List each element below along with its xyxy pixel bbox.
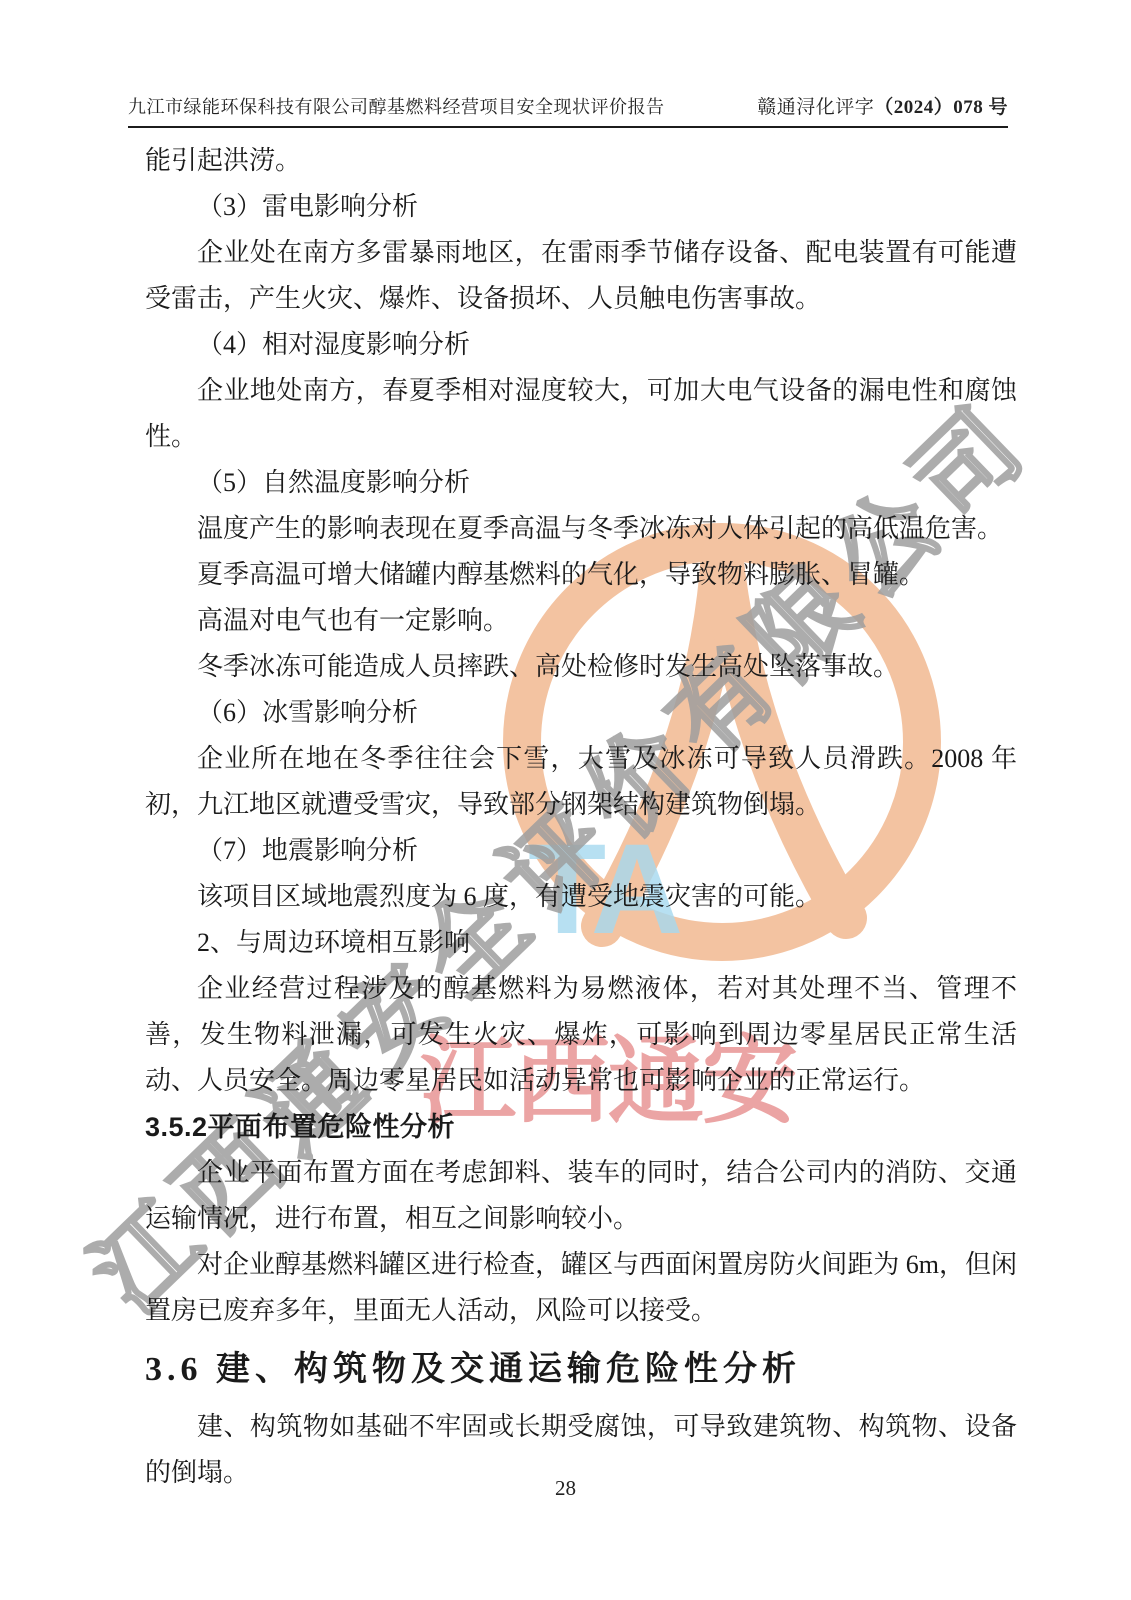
header-divider — [128, 126, 1008, 128]
body-paragraph: （6）冰雪影响分析 — [145, 690, 1017, 736]
body-paragraph: 夏季高温可增大储罐内醇基燃料的气化，导致物料膨胀、冒罐。 — [145, 552, 1017, 598]
page-header: 九江市绿能环保科技有限公司醇基燃料经营项目安全现状评价报告 赣通浔化评字（202… — [128, 92, 1008, 119]
body-paragraph: 企业平面布置方面在考虑卸料、装车的同时，结合公司内的消防、交通运输情况，进行布置… — [145, 1150, 1017, 1242]
body-paragraph: 企业地处南方，春夏季相对湿度较大，可加大电气设备的漏电性和腐蚀性。 — [145, 368, 1017, 460]
body-paragraph: 能引起洪涝。 — [145, 138, 1017, 184]
body-paragraph: 企业经营过程涉及的醇基燃料为易燃液体，若对其处理不当、管理不善，发生物料泄漏，可… — [145, 966, 1017, 1104]
page-number: 28 — [555, 1476, 576, 1500]
subsection-heading-3-5-2: 3.5.2平面布置危险性分析 — [145, 1104, 1017, 1150]
header-doc-number: 赣通浔化评字（2024）078 号 — [757, 92, 1008, 119]
body-paragraph: （4）相对湿度影响分析 — [145, 322, 1017, 368]
document-page: TA 江西通安全评价有限公司 江西通安 九江市绿能环保科技有限公司醇基燃料经营项… — [0, 0, 1131, 1600]
body-paragraph: 冬季冰冻可能造成人员摔跌、高处检修时发生高处坠落事故。 — [145, 644, 1017, 690]
body-paragraph: （7）地震影响分析 — [145, 828, 1017, 874]
body-paragraph: 2、与周边环境相互影响 — [145, 920, 1017, 966]
body-paragraph: 温度产生的影响表现在夏季高温与冬季冰冻对人体引起的高低温危害。 — [145, 506, 1017, 552]
doc-number-prefix: 赣通浔化评字 — [757, 97, 874, 118]
doc-number-code: （2024）078 — [874, 97, 983, 118]
body-paragraph: 该项目区域地震烈度为 6 度，有遭受地震灾害的可能。 — [145, 874, 1017, 920]
header-report-title: 九江市绿能环保科技有限公司醇基燃料经营项目安全现状评价报告 — [128, 93, 665, 119]
doc-number-suffix: 号 — [983, 97, 1008, 118]
body-paragraph: 对企业醇基燃料罐区进行检查，罐区与西面闲置房防火间距为 6m，但闲置房已废弃多年… — [145, 1242, 1017, 1334]
page-footer: 28 — [0, 1476, 1131, 1501]
body-paragraph: （5）自然温度影响分析 — [145, 460, 1017, 506]
body-paragraph: 企业处在南方多雷暴雨地区，在雷雨季节储存设备、配电装置有可能遭受雷击，产生火灾、… — [145, 230, 1017, 322]
body-paragraph: 高温对电气也有一定影响。 — [145, 598, 1017, 644]
body-paragraph: 企业所在地在冬季往往会下雪，大雪及冰冻可导致人员滑跌。2008 年初，九江地区就… — [145, 736, 1017, 828]
section-heading-3-6: 3.6 建、构筑物及交通运输危险性分析 — [145, 1340, 1017, 1400]
document-body: 能引起洪涝。 （3）雷电影响分析 企业处在南方多雷暴雨地区，在雷雨季节储存设备、… — [145, 138, 1017, 1496]
body-paragraph: （3）雷电影响分析 — [145, 184, 1017, 230]
